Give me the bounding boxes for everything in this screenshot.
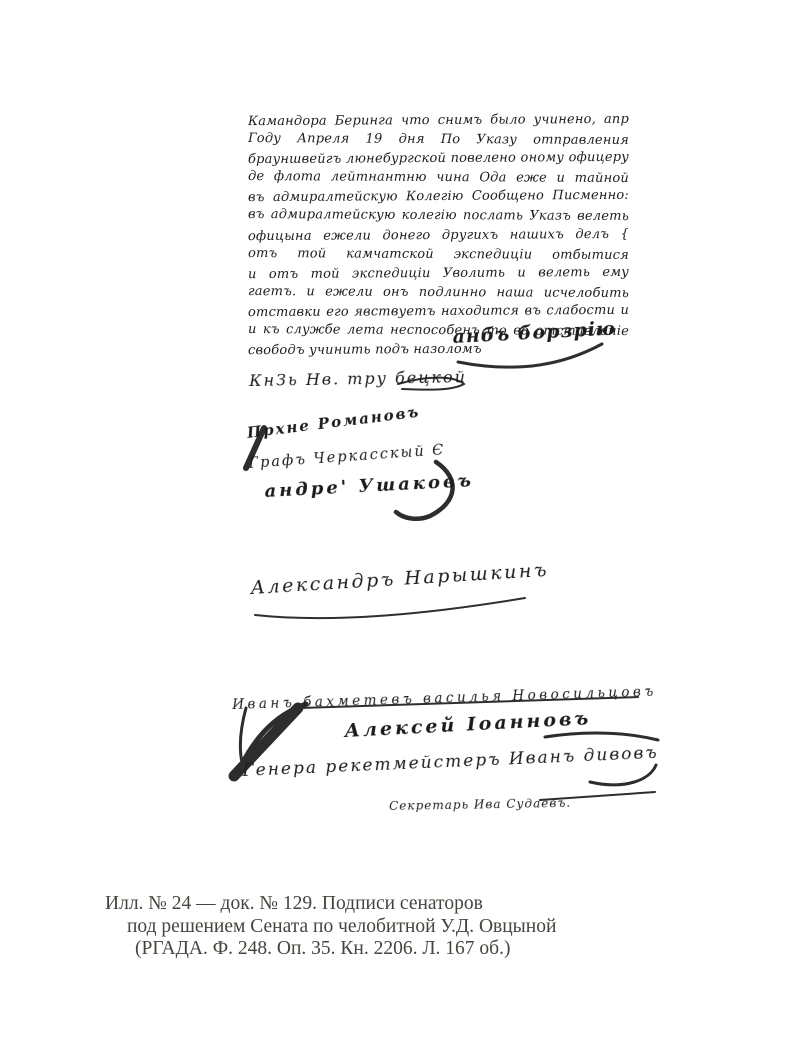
flourish-divov-tail bbox=[590, 765, 656, 785]
signature-divov: Генера рекетмейстеръ Иванъ дивовъ bbox=[242, 743, 659, 781]
manuscript-line: свободъ учинить подъ назоломъ bbox=[248, 339, 629, 360]
manuscript-line: офицына ежели донего другихъ нашихъ делъ… bbox=[248, 224, 629, 245]
signature-trubetskoy: КнЗь Нв. тру бецкой bbox=[249, 367, 467, 390]
signature-senator-2: Прхне Романовъ bbox=[246, 403, 421, 442]
caption-line-1: Илл. № 24 — док. № 129. Подписи сенаторо… bbox=[105, 893, 556, 916]
manuscript-line: Камандора Беринга что снимъ было учинено… bbox=[248, 110, 629, 131]
signature-naryshkin: Александръ Нарышкинъ bbox=[250, 559, 550, 599]
signature-secretary: Секретарь Ива Судаевъ. bbox=[389, 796, 571, 813]
manuscript-line: Году Апреля 19 дня По Указу отправления … bbox=[248, 129, 629, 150]
manuscript-line: гаетъ. и ежели онъ подлинно наша исчелоб… bbox=[248, 282, 629, 303]
figure-caption: Илл. № 24 — док. № 129. Подписи сенаторо… bbox=[105, 893, 556, 961]
signature-alexey: Алексей Іоанновъ bbox=[344, 707, 592, 742]
manuscript-line: отъ той камчатской экспедиціи отбытися н… bbox=[248, 244, 629, 265]
signature-ushakov: андре' Ушаковъ bbox=[264, 470, 474, 502]
flourish-naryshkin-underline bbox=[255, 598, 525, 618]
caption-line-2: под решением Сената по челобитной У.Д. О… bbox=[105, 916, 556, 939]
flourish-alexey-tail bbox=[545, 733, 658, 740]
signature-cherkassky: Графъ Черкасскый Є bbox=[248, 442, 446, 472]
manuscript-line: брауншвейгъ люнебургской повелено оному … bbox=[248, 148, 629, 169]
book-page-scan: Камандора Беринга что снимъ было учинено… bbox=[0, 0, 790, 1053]
manuscript-line: и отъ той экспедиціи Уволить и велеть ем… bbox=[248, 263, 629, 284]
caption-line-3: (РГАДА. Ф. 248. Оп. 35. Кн. 2206. Л. 167… bbox=[105, 938, 556, 961]
manuscript-line: въ адмиралтейскую колегію послать Указъ … bbox=[248, 205, 629, 226]
signature-bakhmetev-novosiltsov: Иванъ бахметевъ василья Новосильцовъ bbox=[232, 684, 657, 713]
